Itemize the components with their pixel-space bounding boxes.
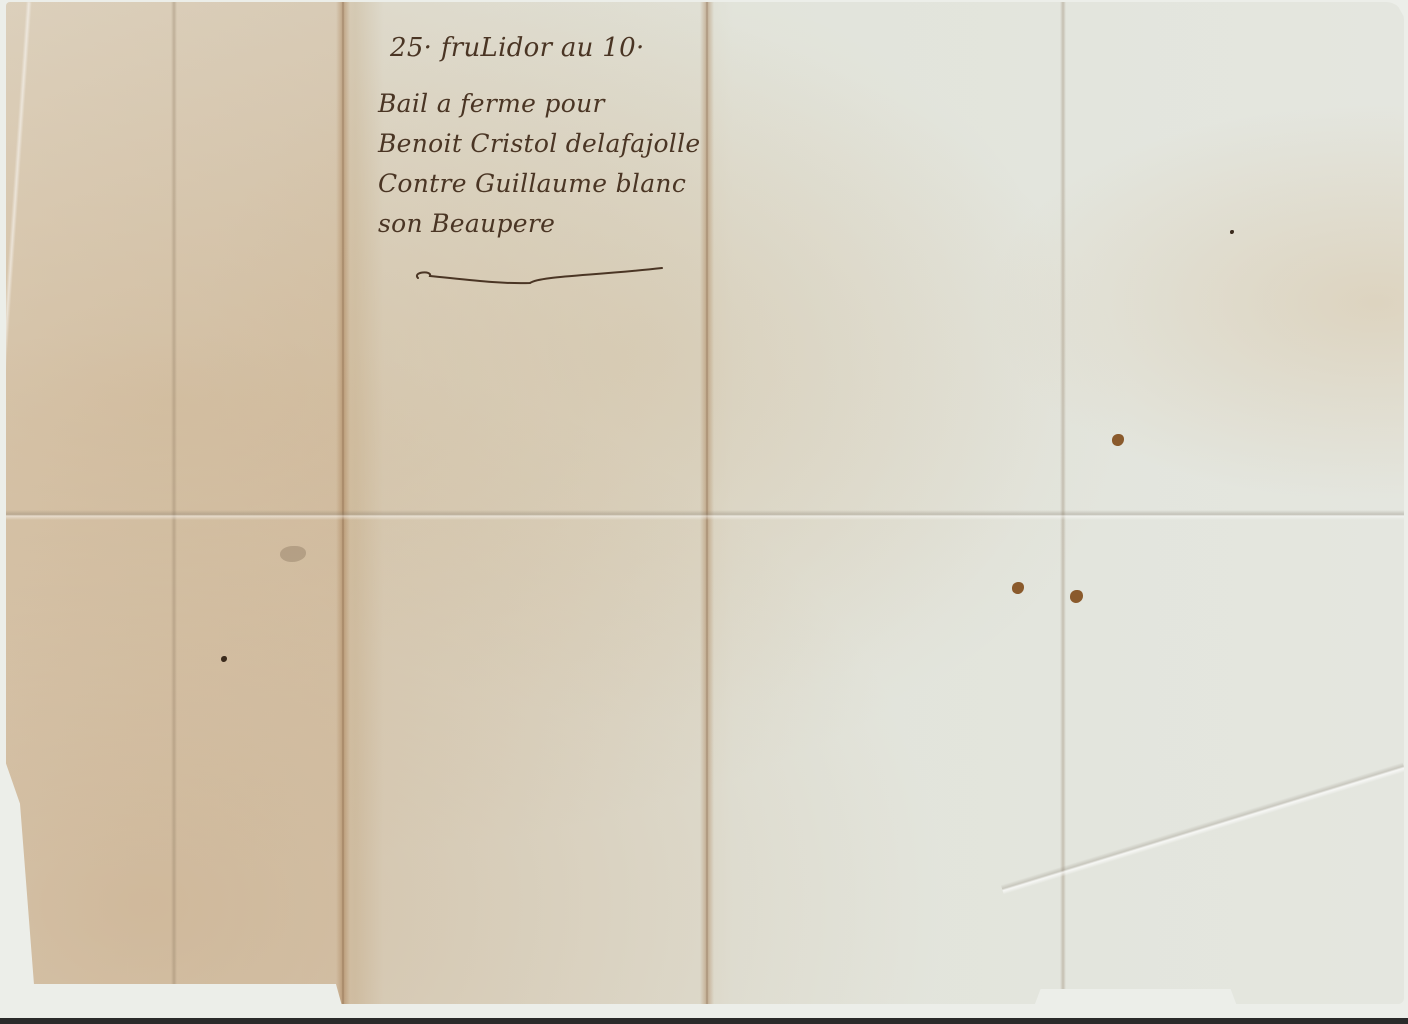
vertical-fold-sub-left (171, 2, 177, 1004)
vertical-fold-1 (336, 2, 350, 1004)
docket-line-3: Contre Guillaume blanc (378, 164, 718, 204)
panel-center-right (706, 2, 1060, 1004)
docket-line-4: son Beaupere (378, 204, 718, 244)
flourish-underline (410, 264, 670, 294)
horizontal-fold (6, 510, 1404, 520)
vertical-fold-3 (1060, 2, 1066, 1004)
scanner-edge (0, 1018, 1408, 1024)
document-scan: 25· fruLidor au 10· Bail a ferme pour Be… (0, 0, 1408, 1024)
docket-handwriting: 25· fruLidor au 10· Bail a ferme pour Be… (378, 28, 718, 244)
docket-line-1: Bail a ferme pour (378, 84, 718, 124)
docket-line-2: Benoit Cristol delafajolle (378, 124, 718, 164)
docket-date: 25· fruLidor au 10· (390, 28, 718, 68)
paper-sheet: 25· fruLidor au 10· Bail a ferme pour Be… (6, 2, 1404, 1004)
